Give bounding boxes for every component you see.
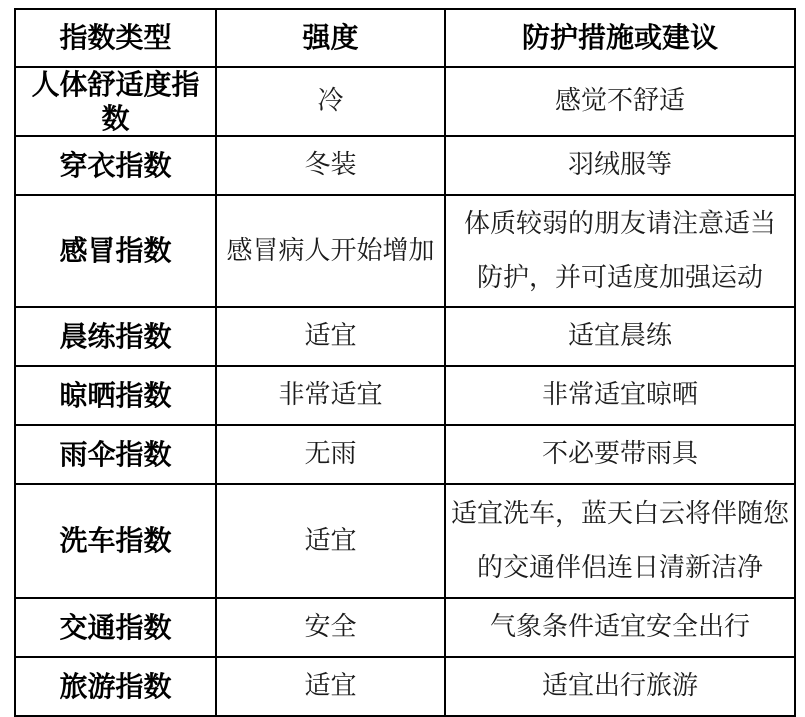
cell-advice: 感觉不舒适 — [445, 67, 795, 136]
cell-intensity: 安全 — [216, 598, 445, 657]
table-row-car-wash: 洗车指数 适宜 适宜洗车，蓝天白云将伴随您 的交通伴侣连日清新洁净 — [15, 484, 795, 598]
weather-index-table: 指数类型 强度 防护措施或建议 人体舒适度指数 冷 感觉不舒适 穿衣指数 冬装 … — [14, 8, 796, 715]
cell-advice: 非常适宜晾晒 — [445, 366, 795, 425]
cell-index-type: 晾晒指数 — [15, 366, 216, 425]
cell-advice: 适宜出行旅游 — [445, 657, 795, 715]
cell-index-type: 感冒指数 — [15, 195, 216, 307]
cell-index-type: 穿衣指数 — [15, 136, 216, 195]
cell-intensity: 冬装 — [216, 136, 445, 195]
col-header-advice: 防护措施或建议 — [445, 9, 795, 67]
cell-advice: 不必要带雨具 — [445, 425, 795, 484]
table-row-umbrella: 雨伞指数 无雨 不必要带雨具 — [15, 425, 795, 484]
cell-advice: 适宜洗车，蓝天白云将伴随您 的交通伴侣连日清新洁净 — [445, 484, 795, 598]
cell-intensity: 非常适宜 — [216, 366, 445, 425]
cell-intensity: 适宜 — [216, 657, 445, 715]
cell-advice: 气象条件适宜安全出行 — [445, 598, 795, 657]
table-row-morning-exercise: 晨练指数 适宜 适宜晨练 — [15, 307, 795, 366]
cell-intensity: 适宜 — [216, 307, 445, 366]
weather-index-table-container: 指数类型 强度 防护措施或建议 人体舒适度指数 冷 感觉不舒适 穿衣指数 冬装 … — [14, 8, 796, 715]
table-row-drying: 晾晒指数 非常适宜 非常适宜晾晒 — [15, 366, 795, 425]
cell-index-type: 晨练指数 — [15, 307, 216, 366]
cell-index-type: 交通指数 — [15, 598, 216, 657]
table-row-traffic: 交通指数 安全 气象条件适宜安全出行 — [15, 598, 795, 657]
cell-index-type: 人体舒适度指数 — [15, 67, 216, 136]
table-row-clothing: 穿衣指数 冬装 羽绒服等 — [15, 136, 795, 195]
cell-intensity: 无雨 — [216, 425, 445, 484]
cell-advice: 羽绒服等 — [445, 136, 795, 195]
table-row-travel: 旅游指数 适宜 适宜出行旅游 — [15, 657, 795, 715]
cell-advice: 适宜晨练 — [445, 307, 795, 366]
table-row-comfort: 人体舒适度指数 冷 感觉不舒适 — [15, 67, 795, 136]
cell-index-type: 洗车指数 — [15, 484, 216, 598]
cell-index-type: 雨伞指数 — [15, 425, 216, 484]
col-header-index-type: 指数类型 — [15, 9, 216, 67]
cell-intensity: 冷 — [216, 67, 445, 136]
header-row: 指数类型 强度 防护措施或建议 — [15, 9, 795, 67]
cell-intensity: 感冒病人开始增加 — [216, 195, 445, 307]
cell-intensity: 适宜 — [216, 484, 445, 598]
cell-index-type: 旅游指数 — [15, 657, 216, 715]
cell-advice: 体质较弱的朋友请注意适当 防护，并可适度加强运动 — [445, 195, 795, 307]
col-header-intensity: 强度 — [216, 9, 445, 67]
table-row-cold: 感冒指数 感冒病人开始增加 体质较弱的朋友请注意适当 防护，并可适度加强运动 — [15, 195, 795, 307]
